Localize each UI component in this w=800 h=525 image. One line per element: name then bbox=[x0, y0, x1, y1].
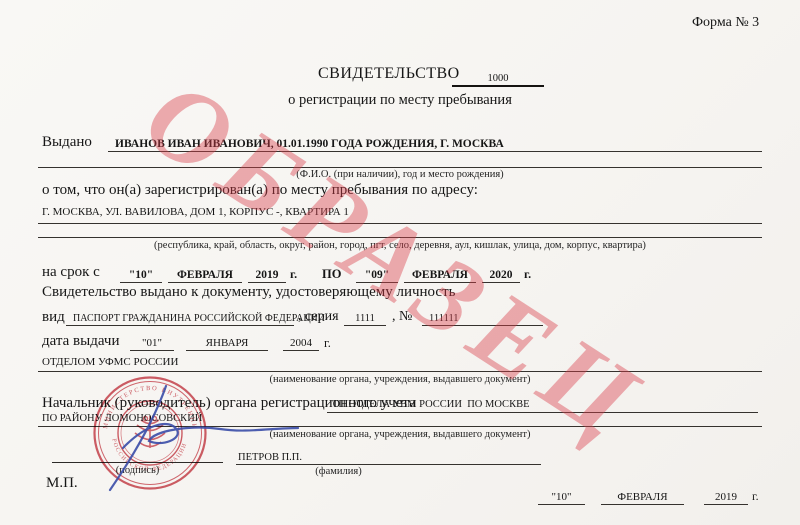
period-year-suffix-2: г. bbox=[524, 268, 531, 282]
doc-series-value: 1111 bbox=[344, 308, 386, 326]
period-to-year: 2020 bbox=[482, 265, 520, 283]
signature-ink-icon bbox=[58, 372, 308, 502]
fio-rule bbox=[38, 167, 762, 168]
issue-date-label: дата выдачи bbox=[42, 333, 119, 350]
address-caption: (республика, край, область, округ, район… bbox=[0, 240, 800, 251]
page-subtitle: о регистрации по месту пребывания bbox=[0, 92, 800, 109]
form-number: Форма № 3 bbox=[692, 15, 759, 31]
address-rule-1 bbox=[38, 223, 762, 224]
bottom-date-year: 2019 bbox=[704, 488, 748, 505]
period-from-month: ФЕВРАЛЯ bbox=[168, 265, 242, 283]
certificate-number: 1000 bbox=[452, 68, 544, 87]
period-to-month: ФЕВРАЛЯ bbox=[404, 265, 476, 283]
issuing-authority: ОТДЕЛОМ УФМС РОССИИ bbox=[42, 356, 178, 368]
period-from-year: 2019 bbox=[248, 265, 286, 283]
bottom-date-year-suffix: г. bbox=[752, 490, 759, 504]
doc-issue-day: "01" bbox=[130, 334, 174, 351]
doc-issue-year: 2004 bbox=[283, 334, 319, 351]
period-year-suffix-1: г. bbox=[290, 268, 297, 282]
registration-intro: о том, что он(а) зарегистрирован(а) по м… bbox=[42, 182, 478, 199]
period-label: на срок с bbox=[42, 264, 100, 281]
doc-type-value: ПАСПОРТ ГРАЖДАНИНА РОССИЙСКОЙ ФЕДЕРАЦИИ bbox=[66, 308, 294, 326]
address-rule-2 bbox=[38, 237, 762, 238]
doc-type-label: вид bbox=[42, 309, 65, 326]
doc-number-label: , № bbox=[392, 309, 412, 325]
period-from-day: "10" bbox=[120, 265, 162, 283]
doc-number-value: 111111 bbox=[422, 308, 543, 326]
period-to-label: ПО bbox=[322, 267, 341, 281]
document-intro: Свидетельство выдано к документу, удосто… bbox=[42, 284, 456, 301]
issued-value: ИВАНОВ ИВАН ИВАНОВИЧ, 01.01.1990 ГОДА РО… bbox=[108, 131, 762, 152]
page-title: СВИДЕТЕЛЬСТВО bbox=[318, 65, 460, 83]
bottom-date-day: "10" bbox=[538, 488, 585, 505]
period-to-day: "09" bbox=[356, 265, 398, 283]
official-org-line1: ТП ОТДЕЛА УВМ РОССИИ ПО МОСКВЕ bbox=[332, 399, 530, 410]
doc-issue-month: ЯНВАРЯ bbox=[186, 334, 268, 351]
fio-caption: (Ф.И.О. (при наличии), год и место рожде… bbox=[0, 169, 800, 180]
doc-series-label: , серия bbox=[298, 309, 339, 325]
address-value: Г. МОСКВА, УЛ. ВАВИЛОВА, ДОМ 1, КОРПУС -… bbox=[42, 206, 349, 218]
certificate-document: Форма № 3 СВИДЕТЕЛЬСТВО 1000 о регистрац… bbox=[0, 0, 800, 525]
doc-issue-year-suffix: г. bbox=[324, 336, 331, 350]
issued-label: Выдано bbox=[42, 134, 92, 151]
bottom-date-month: ФЕВРАЛЯ bbox=[601, 488, 684, 505]
